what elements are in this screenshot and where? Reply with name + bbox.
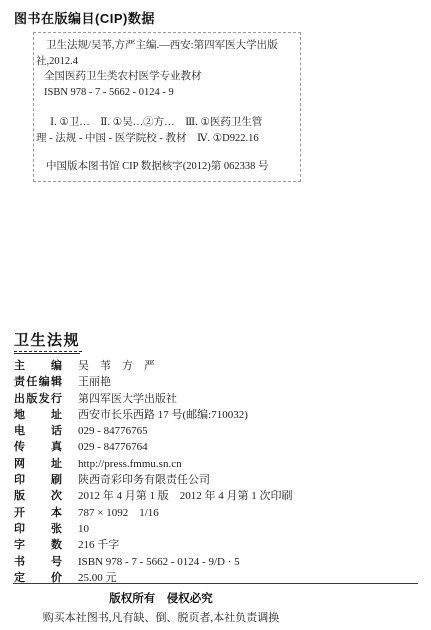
copyright-page: 图书在版编目(CIP)数据 卫生法规/吴苇,方严主编.—西安:第四军医大学出版 … — [0, 0, 431, 630]
row-label: 出版发行 — [14, 391, 62, 407]
row-label: 网址 — [14, 456, 62, 472]
title-underline — [14, 351, 82, 352]
row-label: 电话 — [14, 423, 62, 439]
row-value: 王丽艳 — [78, 374, 111, 390]
colophon-row-telephone: 电话 029 - 84776765 — [14, 423, 293, 439]
colophon-row-fax: 传真 029 - 84776764 — [14, 439, 293, 455]
cip-classification-line: Ⅰ. ①卫… Ⅱ. ①吴…②方… Ⅲ. ①医药卫生管 — [36, 115, 298, 131]
colophon-row-responsible-editor: 责任编辑 王丽艳 — [14, 374, 293, 390]
colophon-row-address: 地址 西安市长乐西路 17 号(邮编:710032) — [14, 407, 293, 423]
colophon-row-edition: 版次 2012 年 4 月第 1 版 2012 年 4 月第 1 次印刷 — [14, 488, 293, 504]
cip-registry-line: 中国版本图书馆 CIP 数据核字(2012)第 062338 号 — [36, 159, 298, 175]
row-value: 787 × 1092 1/16 — [78, 505, 159, 521]
row-label: 地址 — [14, 407, 62, 423]
cip-line: 社,2012.4 — [36, 54, 298, 70]
row-value: 西安市长乐西路 17 号(邮编:710032) — [78, 407, 248, 423]
row-label: 书号 — [14, 554, 62, 570]
row-value: 216 千字 — [78, 537, 119, 553]
cip-line: 卫生法规/吴苇,方严主编.—西安:第四军医大学出版 — [36, 38, 298, 54]
cip-isbn-line: ISBN 978 - 7 - 5662 - 0124 - 9 — [36, 85, 298, 101]
footer-divider — [13, 583, 418, 584]
cip-record-box: 卫生法规/吴苇,方严主编.—西安:第四军医大学出版 社,2012.4 全国医药卫… — [33, 32, 301, 182]
colophon-row-format: 开本 787 × 1092 1/16 — [14, 505, 293, 521]
cip-data-heading: 图书在版编目(CIP)数据 — [14, 8, 155, 27]
row-label: 印刷 — [14, 472, 62, 488]
row-value: 第四军医大学出版社 — [78, 391, 177, 407]
colophon-row-chief-editors: 主编 吴 苇 方 严 — [14, 358, 293, 374]
colophon-row-word-count: 字数 216 千字 — [14, 537, 293, 553]
replacement-notice: 购买本社图书,凡有缺、倒、脱页者,本社负责调换 — [0, 609, 322, 625]
row-value: 2012 年 4 月第 1 版 2012 年 4 月第 1 次印刷 — [78, 488, 293, 504]
row-value: ISBN 978 - 7 - 5662 - 0124 - 9/D · 5 — [78, 554, 240, 570]
row-label: 责任编辑 — [14, 374, 62, 390]
footer-notices: 版权所有 侵权必究 购买本社图书,凡有缺、倒、脱页者,本社负责调换 — [0, 590, 322, 625]
row-label: 开本 — [14, 505, 62, 521]
row-label: 字数 — [14, 537, 62, 553]
colophon-row-publisher: 出版发行 第四军医大学出版社 — [14, 391, 293, 407]
row-value: 029 - 84776764 — [78, 439, 148, 455]
row-label: 版次 — [14, 488, 62, 504]
row-label: 传真 — [14, 439, 62, 455]
colophon-row-website: 网址 http://press.fmmu.sn.cn — [14, 456, 293, 472]
row-value-url: http://press.fmmu.sn.cn — [78, 456, 182, 472]
row-value: 吴 苇 方 严 — [78, 358, 155, 374]
colophon-list: 主编 吴 苇 方 严 责任编辑 王丽艳 出版发行 第四军医大学出版社 地址 西安… — [14, 358, 293, 586]
row-label: 印张 — [14, 521, 62, 537]
row-label: 主编 — [14, 358, 62, 374]
row-value: 029 - 84776765 — [78, 423, 148, 439]
colophon-row-isbn: 书号 ISBN 978 - 7 - 5662 - 0124 - 9/D · 5 — [14, 554, 293, 570]
row-value: 陕西奇彩印务有限责任公司 — [78, 472, 210, 488]
colophon-row-sheets: 印张 10 — [14, 521, 293, 537]
row-value: 10 — [78, 521, 89, 537]
colophon-row-printer: 印刷 陕西奇彩印务有限责任公司 — [14, 472, 293, 488]
cip-line: 全国医药卫生类农村医学专业教材 — [36, 69, 298, 85]
copyright-notice: 版权所有 侵权必究 — [0, 590, 322, 606]
cip-classification-line: 理 - 法规 - 中国 - 医学院校 - 教材 Ⅳ. ①D922.16 — [36, 131, 298, 147]
